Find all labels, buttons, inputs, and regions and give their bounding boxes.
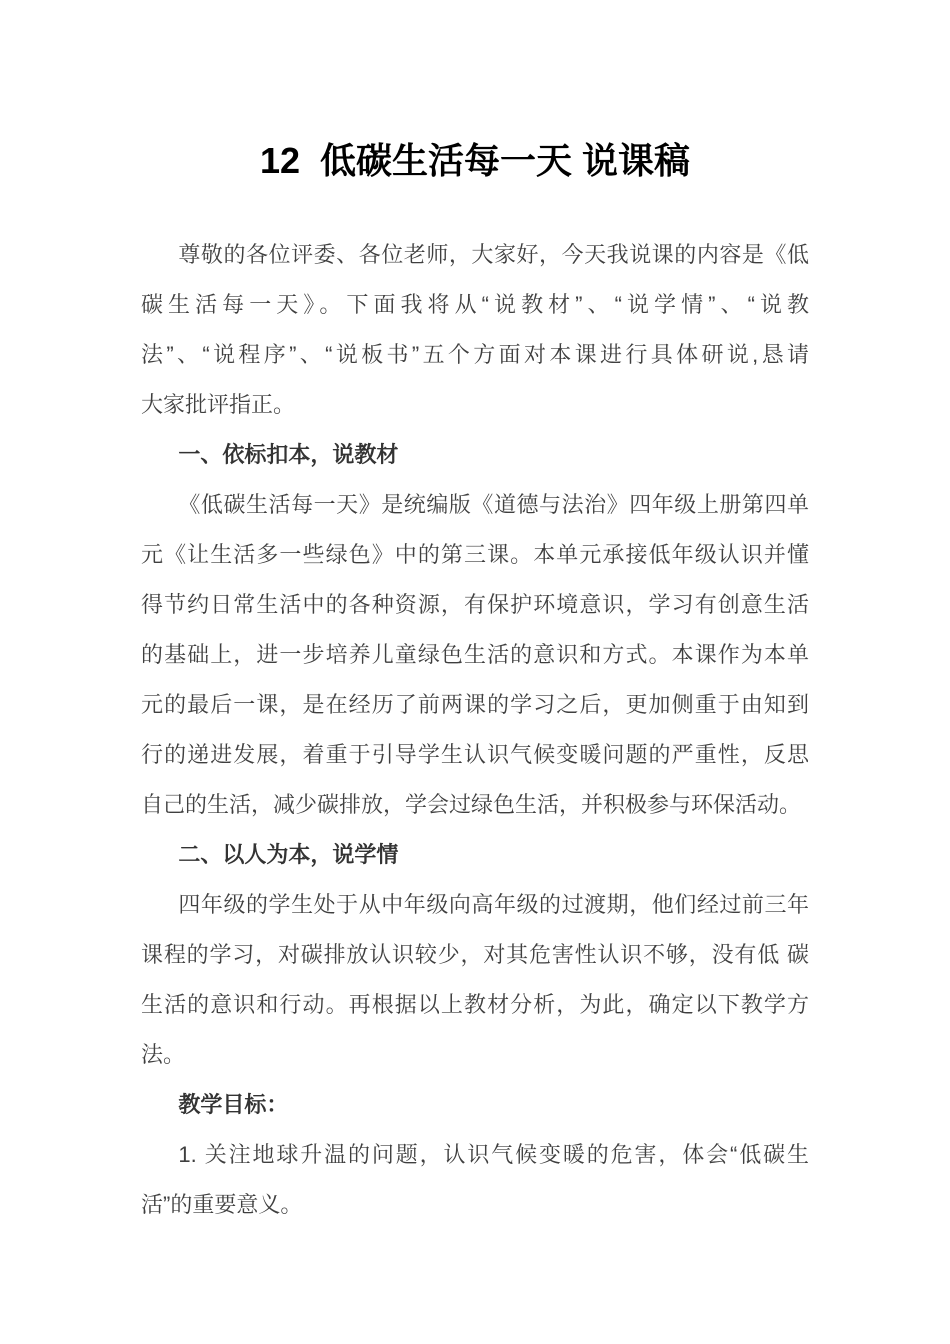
text-line: 元的最后一课，是在经历了前两课的学习之后，更加侧重于由知到 xyxy=(141,680,809,730)
text-line: 的基础上，进一步培养儿童绿色生活的意识和方式。本课作为本单 xyxy=(141,630,809,680)
paragraph-goal-1: 1. 关注地球升温的问题，认识气候变暖的危害，体会“低碳生 活”的重要意义。 xyxy=(141,1130,809,1230)
text-line: 尊敬的各位评委、各位老师，大家好，今天我说课的内容是《低 xyxy=(141,230,809,280)
text-line: 生活的意识和行动。再根据以上教材分析，为此，确定以下教学方 xyxy=(141,980,809,1030)
text-line: 课程的学习，对碳排放认识较少，对其危害性认识不够，没有低 碳 xyxy=(141,930,809,980)
page-title: 12 低碳生活每一天 说课稿 xyxy=(141,131,809,191)
text-line: 大家批评指正。 xyxy=(141,380,809,430)
text-line: 法”、“说程序”、“说板书”五个方面对本课进行具体研说,恳请 xyxy=(141,330,809,380)
text-line: 法。 xyxy=(141,1030,809,1080)
heading-teaching-goals: 教学目标： xyxy=(141,1080,809,1130)
text-line: 行的递进发展，着重于引导学生认识气候变暖问题的严重性，反思 xyxy=(141,730,809,780)
text-line: 得节约日常生活中的各种资源，有保护环境意识，学习有创意生活 xyxy=(141,580,809,630)
text-line: 1. 关注地球升温的问题，认识气候变暖的危害，体会“低碳生 xyxy=(141,1130,809,1180)
document-page: 12 低碳生活每一天 说课稿 尊敬的各位评委、各位老师，大家好，今天我说课的内容… xyxy=(0,0,950,1344)
paragraph-teaching-material: 《低碳生活每一天》是统编版《道德与法治》四年级上册第四单 元《让生活多一些绿色》… xyxy=(141,480,809,830)
text-line: 活”的重要意义。 xyxy=(141,1180,809,1230)
text-line: 碳生活每一天》。下面我将从“说教材”、“说学情”、“说教 xyxy=(141,280,809,330)
text-line: 元《让生活多一些绿色》中的第三课。本单元承接低年级认识并懂 xyxy=(141,530,809,580)
section-heading-learner-analysis: 二、以人为本，说学情 xyxy=(141,830,809,880)
paragraph-intro: 尊敬的各位评委、各位老师，大家好，今天我说课的内容是《低 碳生活每一天》。下面我… xyxy=(141,230,809,430)
text-line: 四年级的学生处于从中年级向高年级的过渡期，他们经过前三年 xyxy=(141,880,809,930)
text-line: 《低碳生活每一天》是统编版《道德与法治》四年级上册第四单 xyxy=(141,480,809,530)
text-line: 自己的生活，减少碳排放，学会过绿色生活，并积极参与环保活动。 xyxy=(141,780,809,830)
paragraph-learner-analysis: 四年级的学生处于从中年级向高年级的过渡期，他们经过前三年 课程的学习，对碳排放认… xyxy=(141,880,809,1080)
section-heading-teaching-material: 一、依标扣本，说教材 xyxy=(141,430,809,480)
